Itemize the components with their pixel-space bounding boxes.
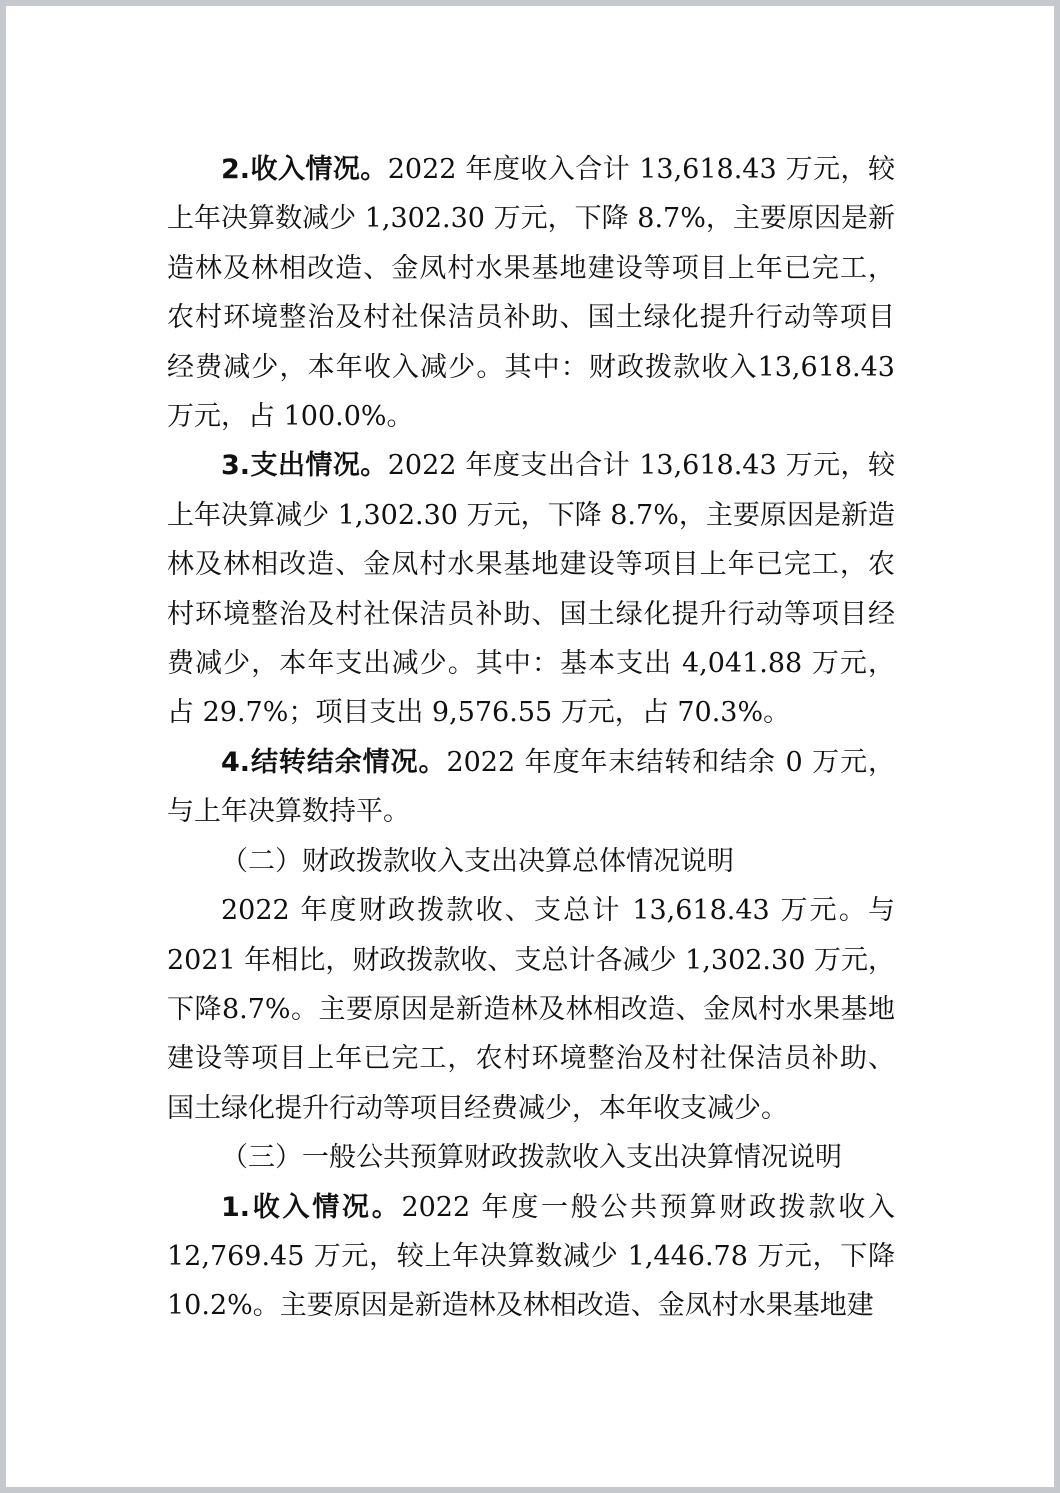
- document-page: 2.收入情况。2022 年度收入合计 13,618.43 万元，较上年决算数减少…: [6, 6, 1054, 1487]
- paragraph-lead: 3.支出情况。: [221, 450, 388, 481]
- paragraph-lead: 4.结转结余情况。: [221, 747, 446, 778]
- paragraph-fiscal-overview: 2022 年度财政拨款收、支总计 13,618.43 万元。与 2021 年相比…: [167, 886, 895, 1133]
- paragraph-lead: 2.收入情况。: [221, 154, 388, 185]
- paragraph-general-budget-income: 1.收入情况。2022 年度一般公共预算财政拨款收入12,769.45 万元，较…: [167, 1183, 895, 1331]
- paragraph-text: 2022 年度收入合计 13,618.43 万元，较上年决算数减少 1,302.…: [167, 154, 895, 432]
- document-body: 2.收入情况。2022 年度收入合计 13,618.43 万元，较上年决算数减少…: [167, 145, 895, 1331]
- paragraph-expenditure: 3.支出情况。2022 年度支出合计 13,618.43 万元，较上年决算减少 …: [167, 441, 895, 737]
- paragraph-lead: 1.收入情况。: [221, 1192, 401, 1223]
- section-heading-3: （三）一般公共预算财政拨款收入支出决算情况说明: [167, 1133, 895, 1182]
- paragraph-text: 2022 年度支出合计 13,618.43 万元，较上年决算减少 1,302.3…: [167, 450, 895, 728]
- paragraph-carryover: 4.结转结余情况。2022 年度年末结转和结余 0 万元，与上年决算数持平。: [167, 738, 895, 837]
- section-heading-2: （二）财政拨款收入支出决算总体情况说明: [167, 837, 895, 886]
- paragraph-income: 2.收入情况。2022 年度收入合计 13,618.43 万元，较上年决算数减少…: [167, 145, 895, 441]
- paragraph-text: 2022 年度财政拨款收、支总计 13,618.43 万元。与 2021 年相比…: [167, 895, 895, 1124]
